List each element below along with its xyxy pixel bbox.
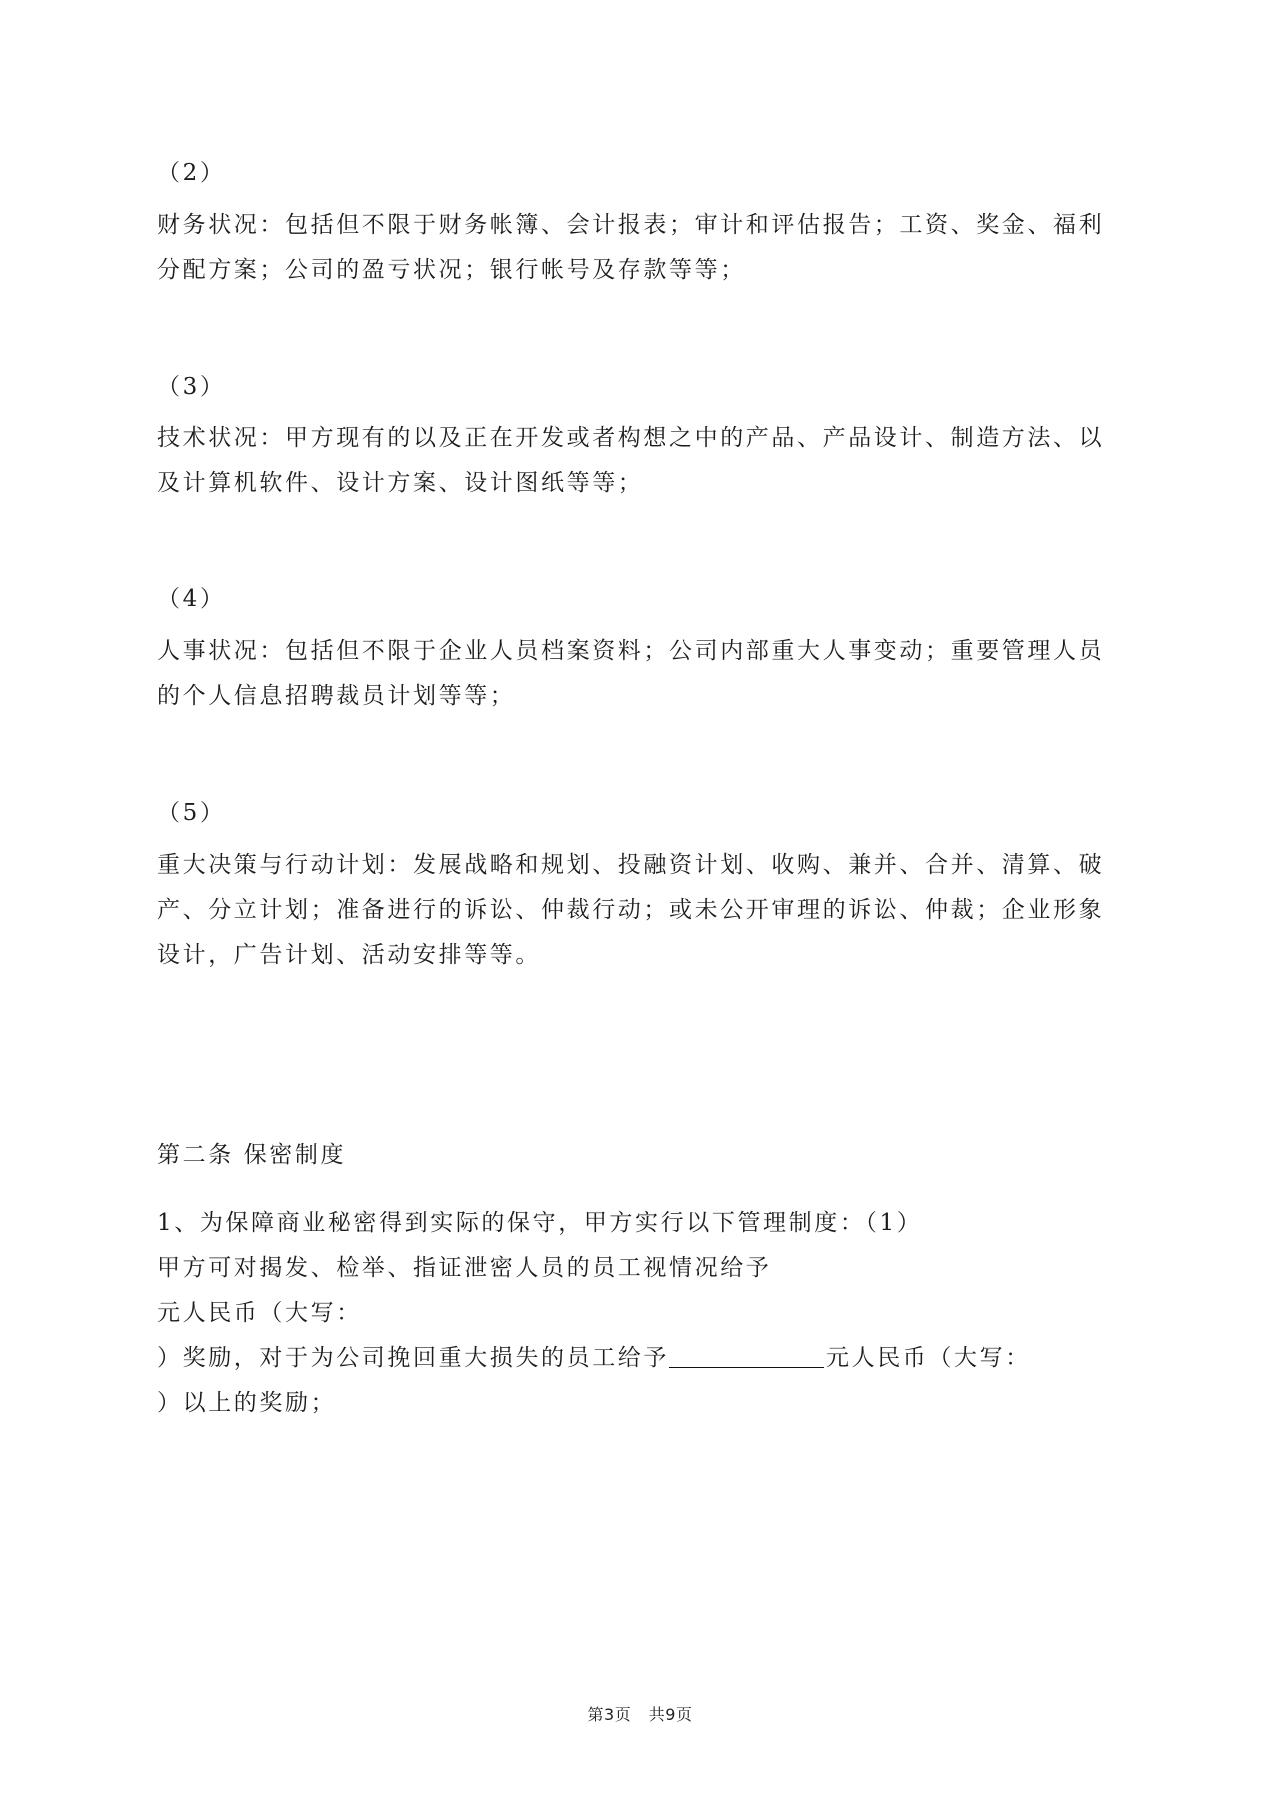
item-text-line: 产、分立计划；准备进行的诉讼、仲裁行动；或未公开审理的诉讼、仲裁；企业形象 [157,895,1104,925]
item-number: （3） [157,372,225,402]
page-footer: 第3页 共9页 [0,1702,1280,1725]
item-number: （4） [157,584,225,614]
page-total: 共9页 [649,1705,693,1724]
item-text-line: 技术状况：甲方现有的以及正在开发或者构想之中的产品、产品设计、制造方法、以 [157,423,1104,453]
reward-text: ）奖励，对于为公司挽回重大损失的员工给予 [157,1345,669,1371]
item-text-line: 分配方案；公司的盈亏状况；银行帐号及存款等等； [157,255,746,285]
item-number: （2） [157,158,225,188]
currency-text: 元人民币（大写： [826,1345,1031,1371]
section-text-line: ）奖励，对于为公司挽回重大损失的员工给予元人民币（大写： [157,1343,1031,1373]
item-text-line: 人事状况：包括但不限于企业人员档案资料；公司内部重大人事变动；重要管理人员 [157,636,1104,666]
section-text-line: 甲方可对揭发、检举、指证泄密人员的员工视情况给予 [157,1253,771,1283]
amount-blank-field[interactable] [669,1345,824,1368]
item-text-line: 设计，广告计划、活动安排等等。 [157,940,541,970]
document-page: （2） 财务状况：包括但不限于财务帐簿、会计报表；审计和评估报告；工资、奖金、福… [0,0,1280,1810]
page-current: 第3页 [588,1705,632,1724]
item-number: （5） [157,798,225,828]
item-text-line: 的个人信息招聘裁员计划等等； [157,681,515,711]
item-text-line: 财务状况：包括但不限于财务帐簿、会计报表；审计和评估报告；工资、奖金、福利 [157,210,1104,240]
section-text-line: 元人民币（大写： [157,1298,362,1328]
section-text-line: ）以上的奖励； [157,1388,336,1418]
item-text-line: 重大决策与行动计划：发展战略和规划、投融资计划、收购、兼并、合并、清算、破 [157,850,1104,880]
item-text-line: 及计算机软件、设计方案、设计图纸等等； [157,468,643,498]
section-heading: 第二条 保密制度 [157,1140,346,1170]
section-text-line: 1、为保障商业秘密得到实际的保守，甲方实行以下管理制度：（1） [157,1208,922,1238]
